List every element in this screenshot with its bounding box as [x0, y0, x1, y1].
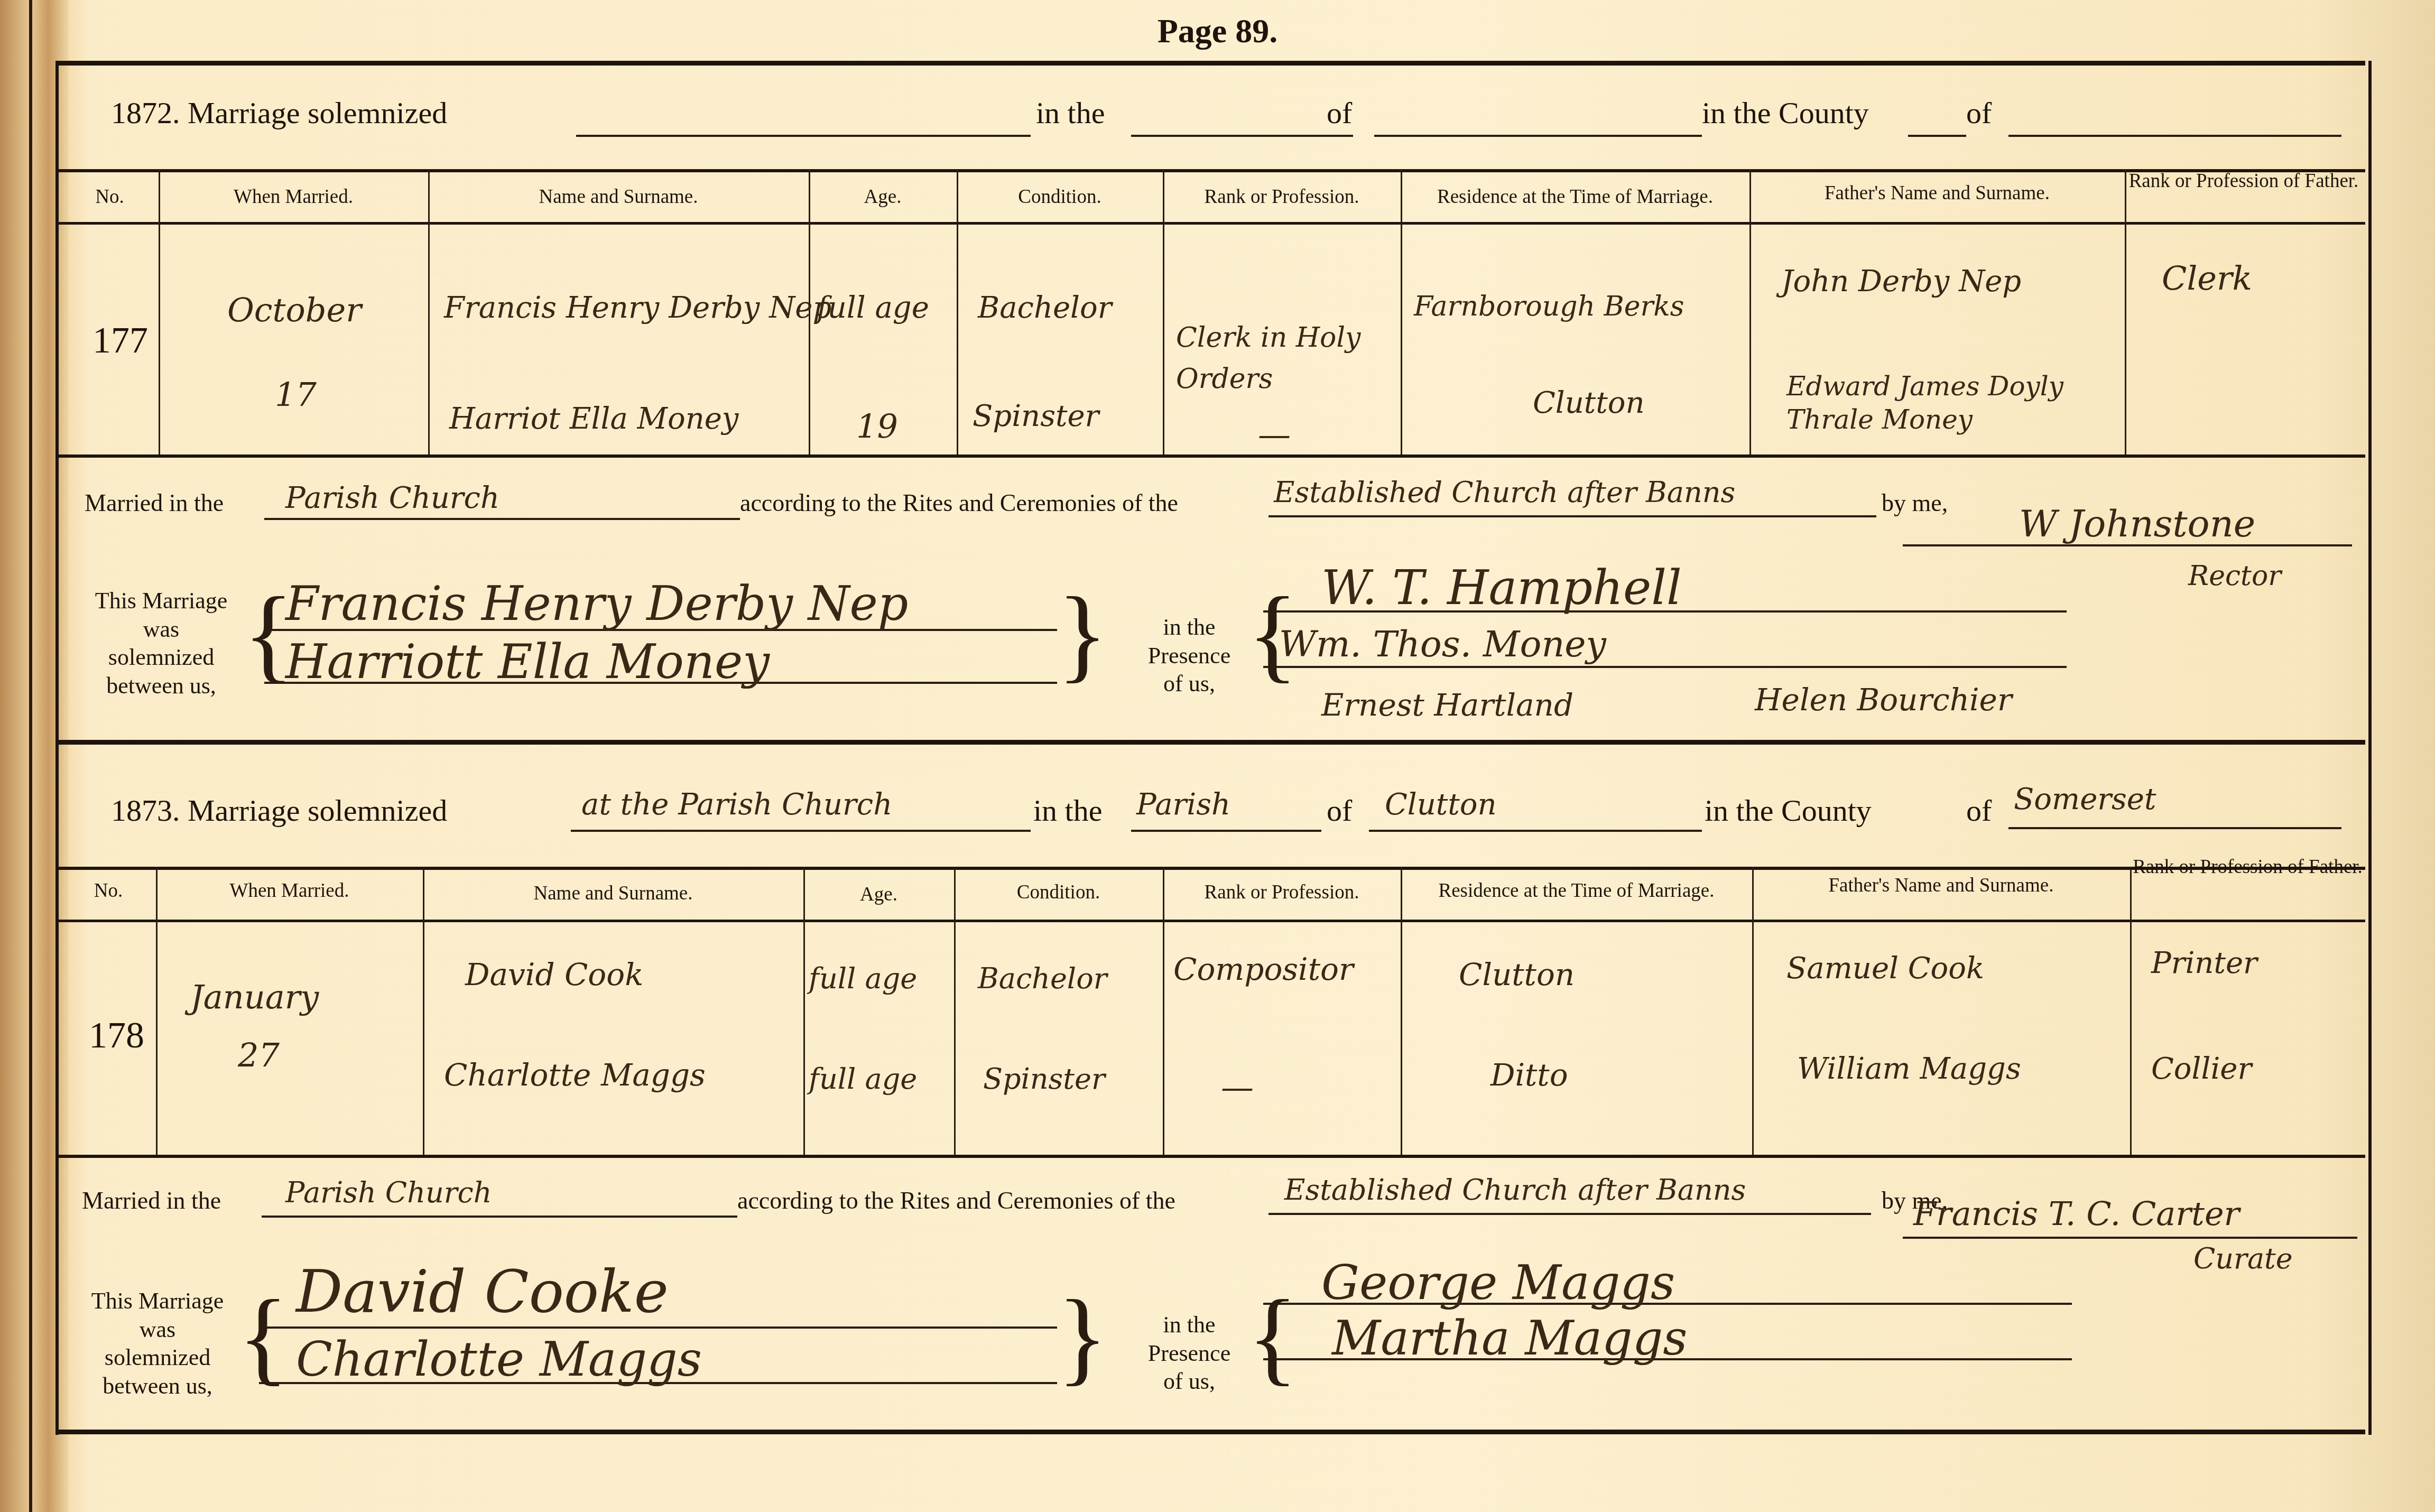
- header-father-rank: Rank or Profession of Father.: [2125, 170, 2363, 193]
- entry2-day: 27: [238, 1036, 280, 1074]
- entry2-groom-residence: Clutton: [1459, 957, 1575, 992]
- entry1-between-us-label: This Marriage was solemnized between us,: [71, 587, 251, 700]
- entry2-between-us-label: This Marriage was solemnized between us,: [68, 1287, 247, 1400]
- entry1-county-label: in the County: [1702, 95, 1869, 131]
- entry2-groom-age: full age: [809, 962, 917, 995]
- entry2-of2-label: of: [1966, 793, 1992, 828]
- entry2-officiant-line: [1903, 1237, 2357, 1239]
- entry1-witness-4: Helen Bourchier: [1755, 682, 2012, 718]
- entry2-presence-label: in the Presence of us,: [1115, 1311, 1263, 1396]
- col-sep: [428, 169, 430, 454]
- entry2-groom-father: Samuel Cook: [1786, 951, 1984, 986]
- header-no: No.: [61, 186, 159, 209]
- bottom-rule: [58, 1430, 2365, 1434]
- entry1-married-in-label: Married in the: [85, 489, 224, 517]
- col-sep: [957, 169, 958, 454]
- entry2-solemnized-at: at the Parish Church: [581, 787, 892, 822]
- entry2-right-brace: }: [1057, 1284, 1108, 1390]
- entry2-groom-signature: David Cooke: [296, 1258, 669, 1325]
- col-sep: [803, 867, 805, 1155]
- header-rank: Rank or Profession.: [1163, 882, 1401, 904]
- entry1-groom-age: full age: [817, 291, 929, 325]
- entry1-county-name-line: [2008, 135, 2341, 137]
- entry2-groom-name: David Cook: [465, 957, 643, 992]
- entry1-county-line: [1908, 135, 1966, 137]
- header-residence: Residence at the Time of Marriage.: [1401, 880, 1752, 903]
- entry2-of-label: of: [1327, 793, 1352, 828]
- entry2-according-label: according to the Rites and Ceremonies of…: [737, 1186, 1175, 1214]
- entry1-header-top-rule: [58, 169, 2365, 172]
- col-sep: [156, 867, 158, 1155]
- header-when-married: When Married.: [156, 880, 423, 903]
- entry2-bride-father-rank: Collier: [2151, 1052, 2252, 1086]
- entry1-bride-condition: Spinster: [973, 399, 1099, 433]
- entry2-solemnized-line: [571, 830, 1031, 832]
- col-sep: [954, 867, 956, 1155]
- entry1-bride-signature: Harriott Ella Money: [285, 634, 770, 690]
- entry1-witness-3: Ernest Hartland: [1321, 687, 1573, 723]
- entry1-table-bottom-rule: [58, 454, 2365, 458]
- entry1-month: October: [227, 291, 362, 329]
- col-sep: [1752, 867, 1754, 1155]
- entry1-rites-line: [1269, 515, 1876, 517]
- entry1-right-brace: }: [1057, 581, 1108, 687]
- header-age: Age.: [809, 186, 957, 209]
- entry1-heading: 1872. Marriage solemnized: [111, 95, 447, 131]
- entry1-header-bottom-rule: [58, 222, 2365, 225]
- entry2-left-brace: {: [238, 1284, 289, 1390]
- entry2-of-line: [1369, 830, 1702, 832]
- header-name: Name and Surname.: [423, 883, 803, 905]
- entry2-married-in-label: Married in the: [82, 1186, 221, 1214]
- header-when-married: When Married.: [159, 186, 428, 209]
- entry1-of-label: of: [1327, 95, 1352, 131]
- entry2-sig-line-1: [259, 1327, 1057, 1329]
- top-rule: [58, 61, 2365, 66]
- entry2-groom-condition: Bachelor: [978, 962, 1107, 995]
- header-rank: Rank or Profession.: [1163, 186, 1401, 209]
- entry1-by-me-label: by me,: [1882, 489, 1948, 517]
- entry2-bride-residence: Ditto: [1490, 1057, 1568, 1093]
- entry2-heading: 1873. Marriage solemnized: [111, 793, 447, 828]
- entry1-officiant-title: Rector: [2188, 560, 2281, 592]
- entry2-top-rule: [58, 740, 2365, 745]
- entry1-bride-father: Edward James Doyly Thrale Money: [1786, 370, 2114, 436]
- entry2-rites-of: Established Church after Banns: [1284, 1173, 1746, 1207]
- col-sep: [1401, 867, 1402, 1155]
- col-sep: [1163, 169, 1164, 454]
- entry1-day: 17: [275, 375, 317, 414]
- entry2-year: 1873: [111, 793, 172, 828]
- entry2-bride-rank: —: [1221, 1068, 1254, 1106]
- entry2-rites-line: [1269, 1213, 1871, 1215]
- entry1-in-the-label: in the: [1036, 95, 1105, 131]
- entry2-month: January: [190, 978, 319, 1016]
- entry2-bride-condition: Spinster: [983, 1062, 1105, 1096]
- entry1-year: 1872: [111, 96, 172, 130]
- col-sep: [159, 169, 160, 454]
- entry2-witness-brace: {: [1247, 1284, 1298, 1390]
- entry2-number: 178: [89, 1015, 144, 1057]
- entry2-bride-father: William Maggs: [1797, 1052, 2021, 1086]
- header-age: Age.: [803, 884, 954, 906]
- header-condition: Condition.: [954, 882, 1163, 904]
- col-sep: [1163, 867, 1164, 1155]
- entry1-number: 177: [92, 320, 148, 362]
- entry2-officiant-title: Curate: [2193, 1242, 2293, 1275]
- entry2-witness-2: Martha Maggs: [1332, 1311, 1687, 1366]
- entry2-header-top-rule: [58, 867, 2365, 870]
- header-father-name: Father's Name and Surname.: [1749, 182, 2125, 205]
- entry2-groom-father-rank: Printer: [2151, 946, 2257, 980]
- header-father-rank: Rank or Profession of Father.: [2130, 856, 2365, 879]
- entry2-county-label: in the County: [1705, 793, 1872, 828]
- header-condition: Condition.: [957, 186, 1163, 209]
- entry2-witness-1: George Maggs: [1321, 1255, 1675, 1311]
- entry1-married-in: Parish Church: [285, 481, 499, 515]
- entry2-table-bottom-rule: [58, 1155, 2365, 1158]
- entry1-in-the-line: [1131, 135, 1353, 137]
- entry1-bride-name: Harriot Ella Money: [449, 402, 738, 436]
- entry1-bride-rank: —: [1258, 415, 1291, 453]
- entry2-bride-signature: Charlotte Maggs: [296, 1332, 702, 1387]
- entry1-according-label: according to the Rites and Ceremonies of…: [740, 489, 1178, 517]
- entry1-of-line: [1374, 135, 1702, 137]
- entry2-bride-name: Charlotte Maggs: [444, 1057, 706, 1093]
- entry2-officiant: Francis T. C. Carter: [1913, 1194, 2239, 1233]
- entry1-bride-age: 19: [856, 407, 898, 446]
- entry1-bride-residence: Clutton: [1533, 386, 1645, 420]
- entry2-groom-rank: Compositor: [1173, 951, 1354, 987]
- entry2-married-in-line: [262, 1216, 737, 1218]
- col-sep: [1749, 169, 1751, 454]
- entry1-groom-name: Francis Henry Derby Nep: [444, 291, 831, 325]
- entry1-witness-1: W. T. Hamphell: [1321, 560, 1682, 616]
- entry1-rites-of: Established Church after Banns: [1274, 476, 1735, 509]
- entry1-of2-label: of: [1966, 95, 1992, 131]
- entry2-of: Clutton: [1385, 787, 1497, 822]
- entry1-groom-rank: Clerk in Holy Orders: [1176, 317, 1398, 400]
- col-sep: [423, 867, 424, 1155]
- entry2-county: Somerset: [2014, 782, 2156, 817]
- entry2-header-bottom-rule: [58, 920, 2365, 922]
- entry2-in-the: Parish: [1136, 787, 1230, 822]
- entry1-solemnized-line: [576, 135, 1031, 137]
- entry2-county-line: [2008, 827, 2341, 829]
- header-no: No.: [61, 880, 156, 903]
- page-title: Page 89.: [0, 12, 2435, 51]
- entry1-witness-2: Wm. Thos. Money: [1279, 624, 1606, 665]
- col-sep: [2125, 169, 2126, 454]
- entry1-groom-signature: Francis Henry Derby Nep: [285, 576, 908, 632]
- entry2-in-the-label: in the: [1033, 793, 1102, 828]
- entry2-bride-age: full age: [809, 1062, 917, 1096]
- header-name: Name and Surname.: [428, 186, 809, 209]
- entry1-groom-father: John Derby Nep: [1781, 264, 2021, 299]
- header-father-name: Father's Name and Surname.: [1752, 875, 2130, 897]
- entry1-witness-line-2: [1263, 666, 2067, 668]
- header-residence: Residence at the Time of Marriage.: [1401, 186, 1749, 209]
- entry1-groom-father-rank: Clerk: [2162, 259, 2252, 298]
- entry1-married-in-line: [264, 518, 740, 520]
- col-sep: [1401, 169, 1402, 454]
- entry2-married-in: Parish Church: [285, 1176, 492, 1209]
- entry1-presence-label: in the Presence of us,: [1115, 613, 1263, 698]
- entry1-officiant: W Johnstone: [2019, 502, 2255, 545]
- entry1-groom-condition: Bachelor: [978, 291, 1112, 325]
- entry2-in-the-line: [1131, 830, 1321, 832]
- entry1-groom-residence: Farnborough Berks: [1414, 291, 1684, 322]
- col-sep: [2130, 867, 2132, 1155]
